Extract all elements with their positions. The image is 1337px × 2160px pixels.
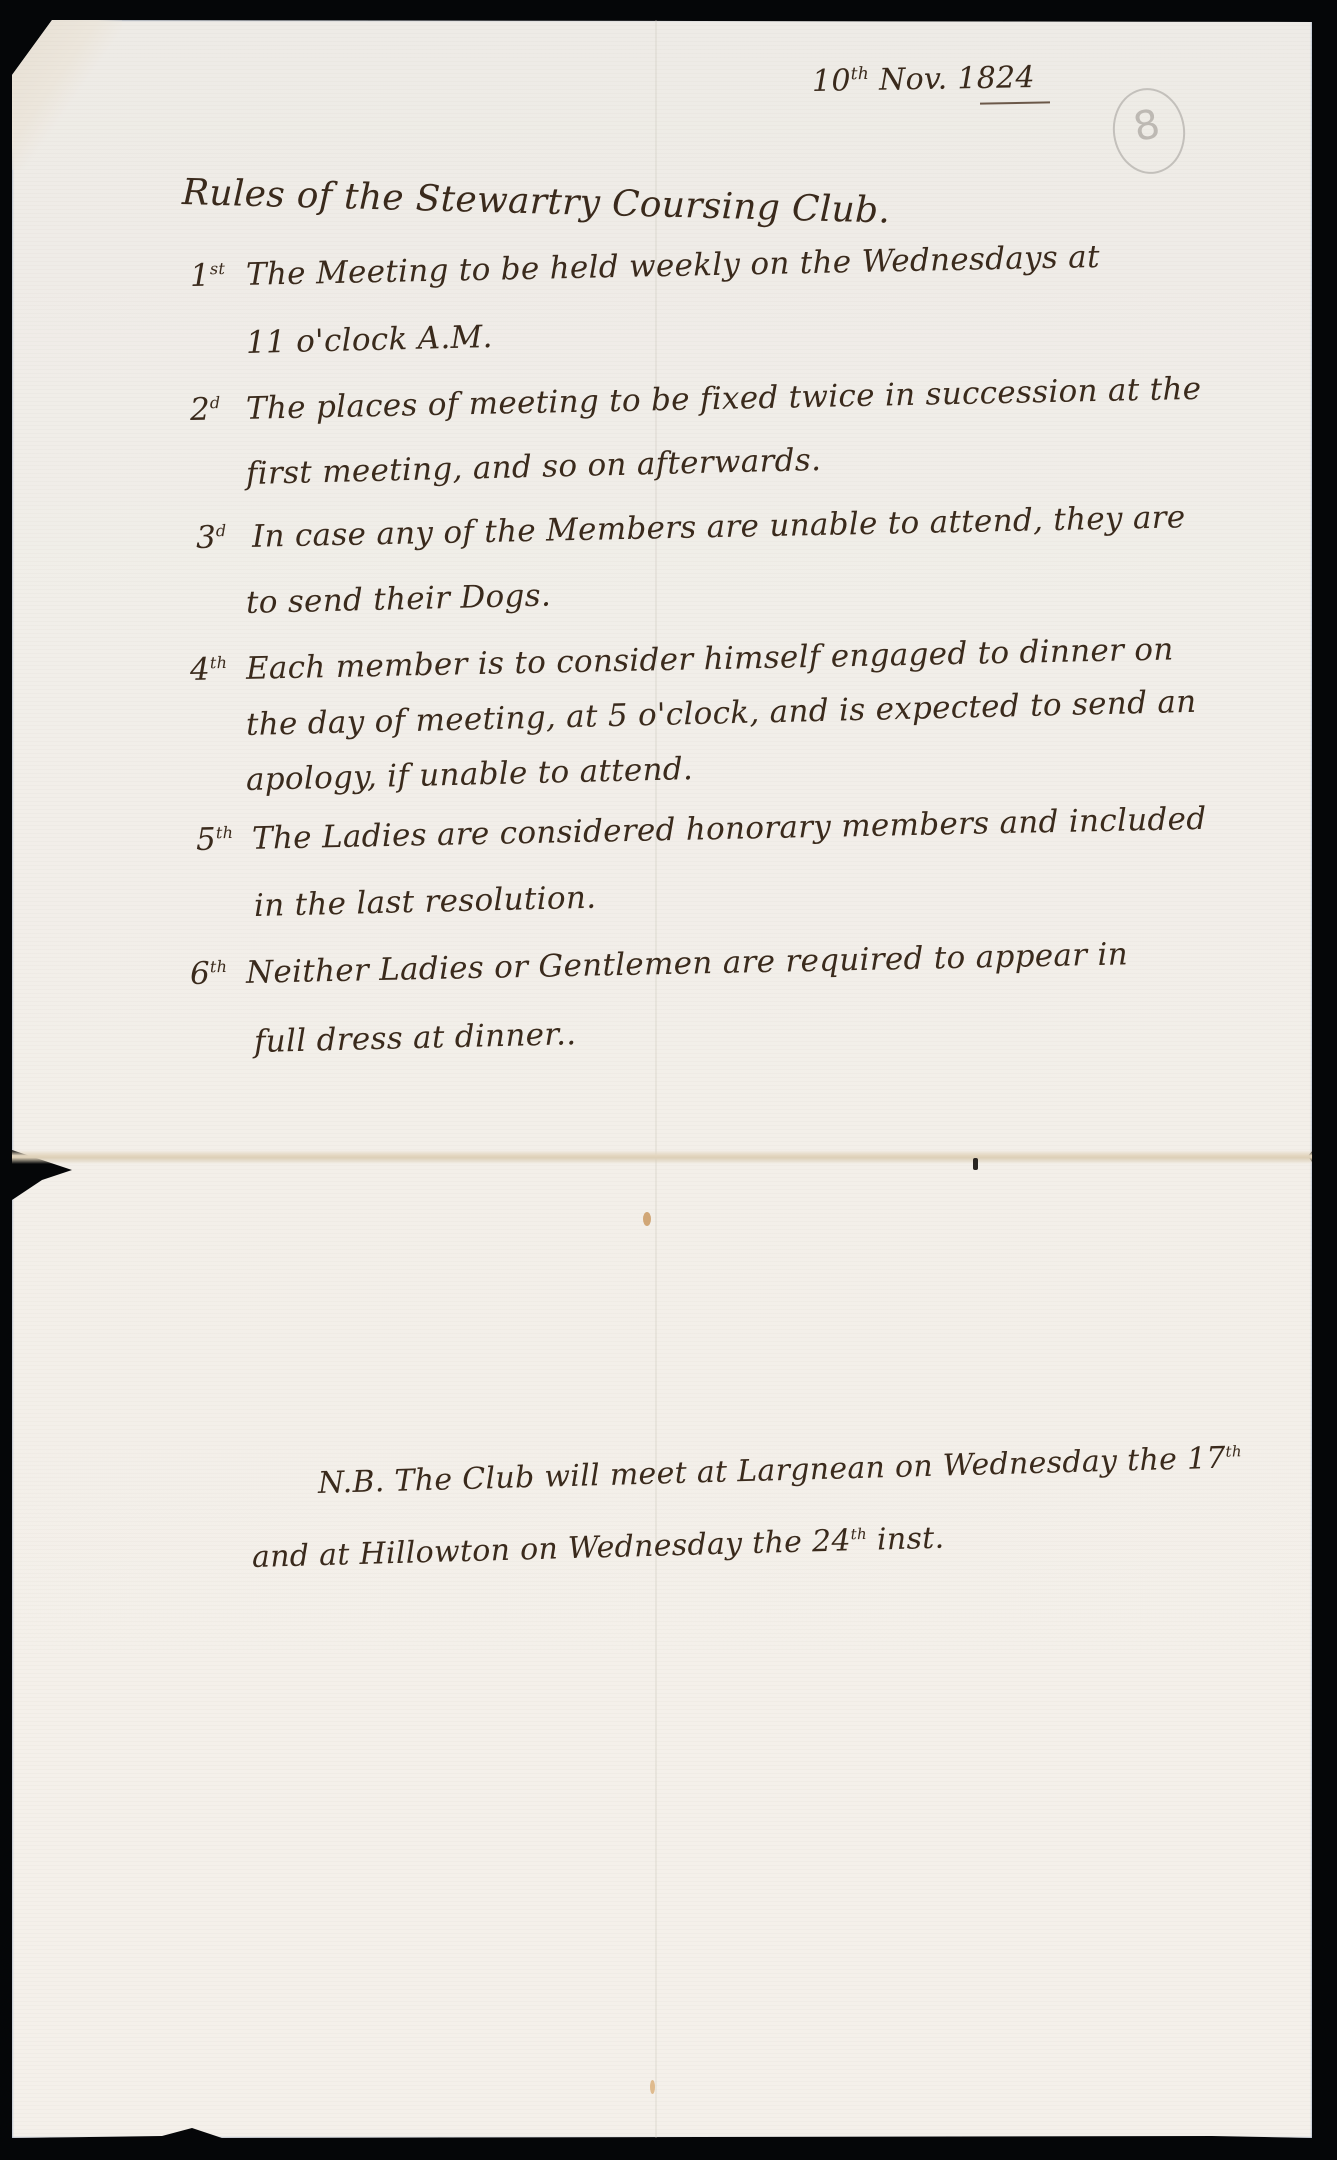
rule-number: 1st [190, 257, 247, 294]
vertical-fold-crease [655, 20, 657, 2138]
rule-number: 4th [190, 651, 247, 688]
manuscript-page [12, 20, 1312, 2138]
horizontal-fold-crease [12, 1150, 1312, 1164]
rule-number: 6th [190, 955, 247, 992]
ink-stain-spot [643, 1212, 651, 1226]
date-day: 10 [812, 63, 851, 99]
ink-stain-spot-bottom [650, 2080, 655, 2094]
date-month: Nov. [879, 62, 948, 98]
document-date: 10th Nov. 1824 [812, 60, 1035, 99]
rule-number: 2d [190, 391, 247, 428]
date-year: 1824 [957, 60, 1035, 96]
rule-3-line-2: to send their Dogs. [246, 578, 552, 621]
document-viewer: 10th Nov. 1824 8 Rules of the Stewartry … [0, 0, 1337, 2160]
rule-1-line-2: 11 o'clock A.M. [246, 319, 494, 361]
rule-number: 3d [196, 519, 253, 556]
pin-hole-mark [973, 1158, 978, 1170]
rule-number: 5th [196, 821, 253, 858]
date-day-suffix: th [851, 64, 870, 84]
